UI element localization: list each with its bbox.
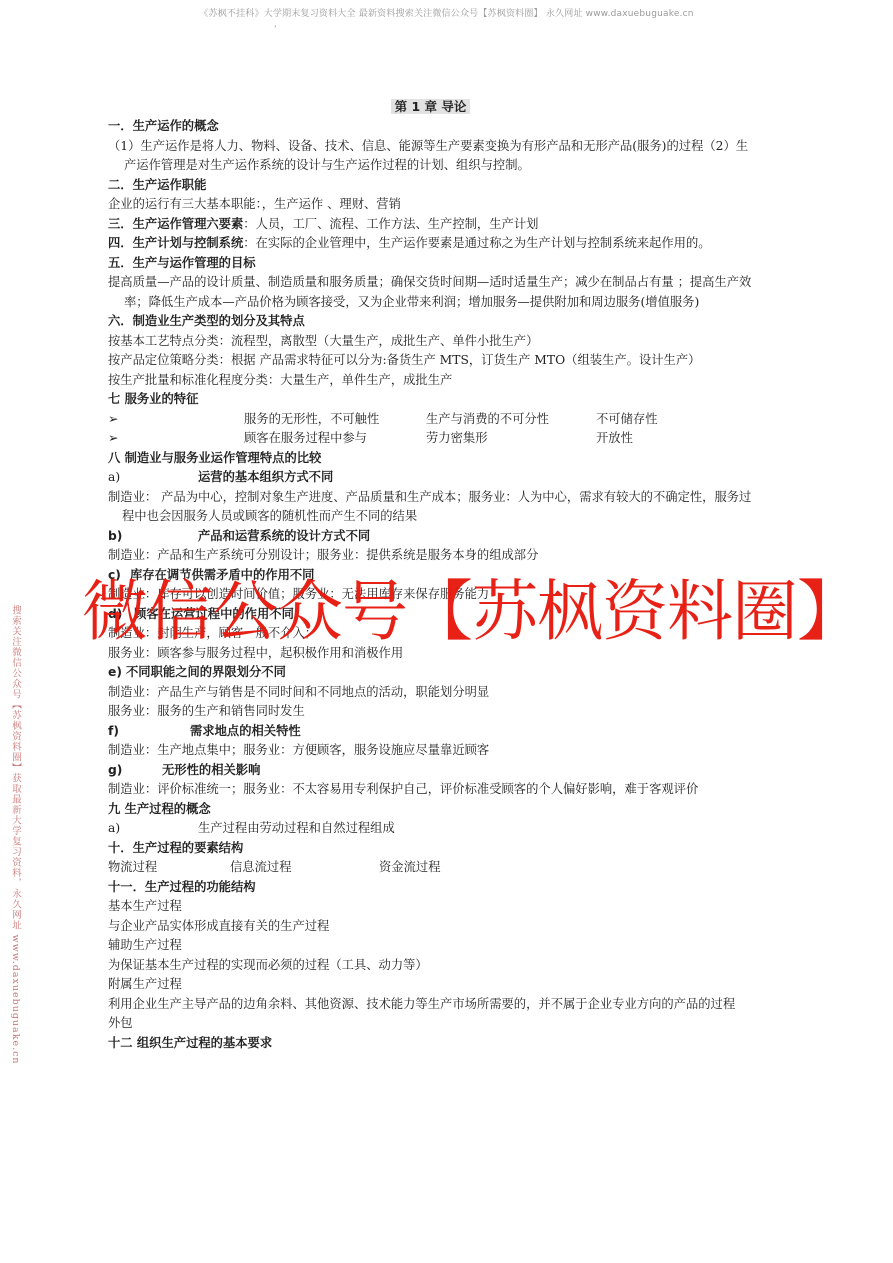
section-text-2: 企业的运行有三大基本职能：，生产运作 、理财、营销 xyxy=(108,195,753,215)
feature-cell: 开放性 xyxy=(596,429,633,449)
section-heading-11: 十一．生产过程的功能结构 xyxy=(108,878,753,898)
section-heading-7: 七 服务业的特征 xyxy=(108,390,753,410)
service-feature-row: ➢ 顾客在服务过程中参与 劳力密集形 开放性 xyxy=(108,429,753,449)
comparison-text: 制造业： 产品为中心，控制对象生产进度、产品质量和生产成本；服务业：人为中心，需… xyxy=(108,488,753,527)
sub-title: 库存在调节供需矛盾中的作用不同 xyxy=(130,566,314,586)
sub-text: 生产过程由劳动过程和自然过程组成 xyxy=(198,819,395,839)
feature-cell: 不可储存性 xyxy=(596,410,658,430)
feature-cell: 顾客在服务过程中参与 xyxy=(244,429,426,449)
section-text-5: 提高质量—产品的设计质量、制造质量和服务质量；确保交货时间期—适时适量生产；减少… xyxy=(108,273,753,312)
section-text-3: ：人员，工厂、流程、工作方法、生产控制，生产计划 xyxy=(243,217,538,231)
arrow-bullet-icon: ➢ xyxy=(108,410,244,430)
element-structure-row: 物流过程信息流过程资金流过程 xyxy=(108,858,753,878)
service-feature-row: ➢ 服务的无形性，不可触性 生产与消费的不可分性 不可储存性 xyxy=(108,410,753,430)
comparison-text: 制造业：库存可以创造时间价值；服务业：无法用库存来保存服务能力 xyxy=(108,585,753,605)
sub-label: f) xyxy=(108,722,190,742)
section-heading-1: 一．生产运作的概念 xyxy=(108,117,753,137)
chapter-title: 第 1 章 导论 xyxy=(108,97,753,117)
section-text-1: （1）生产运作是将人力、物料、设备、技术、信息、能源等生产要素变换为有形产品和无… xyxy=(108,137,753,176)
comparison-text: 服务业：服务的生产和销售同时发生 xyxy=(108,702,753,722)
section-11-line: 与企业产品实体形成直接有关的生产过程 xyxy=(108,917,753,937)
element-item: 信息流过程 xyxy=(230,858,379,878)
section-text-4: ：在实际的企业管理中，生产运作要素是通过称之为生产计划与控制系统来起作用的。 xyxy=(243,236,710,250)
arrow-bullet-icon: ➢ xyxy=(108,429,244,449)
element-item: 物流过程 xyxy=(108,858,230,878)
section-9-item: a) 生产过程由劳动过程和自然过程组成 xyxy=(108,819,753,839)
section-6-line: 按基本工艺特点分类：流程型，离散型（大量生产，成批生产、单件小批生产） xyxy=(108,332,753,352)
chapter-title-text: 第 1 章 导论 xyxy=(391,99,471,114)
sub-label: b) xyxy=(108,527,198,547)
comparison-subheading-b: b) 产品和运营系统的设计方式不同 xyxy=(108,527,753,547)
comparison-subheading-g: g) 无形性的相关影响 xyxy=(108,761,753,781)
section-6-line: 按生产批量和标准化程度分类：大量生产，单件生产，成批生产 xyxy=(108,371,753,391)
comparison-text: 制造业：封闭生产，顾客一般不介入； xyxy=(108,624,753,644)
comparison-subheading-e: e) 不同职能之间的界限划分不同 xyxy=(108,663,753,683)
section-heading-12: 十二 组织生产过程的基本要求 xyxy=(108,1034,753,1054)
sub-title: 产品和运营系统的设计方式不同 xyxy=(198,527,370,547)
sub-label: e) xyxy=(108,663,126,683)
side-watermark: 搜索关注微信公众号【苏枫资料圈】获取最新大学复习资料，永久网址 www.daxu… xyxy=(6,605,22,1045)
section-heading-3: 三．生产运作管理六要素 xyxy=(108,217,243,231)
section-heading-6: 六．制造业生产类型的划分及其特点 xyxy=(108,312,753,332)
feature-cell: 服务的无形性，不可触性 xyxy=(244,410,426,430)
section-4: 四．生产计划与控制系统：在实际的企业管理中，生产运作要素是通过称之为生产计划与控… xyxy=(108,234,753,254)
sub-title: 需求地点的相关特性 xyxy=(190,722,301,742)
comparison-text: 制造业：生产地点集中；服务业：方便顾客，服务设施应尽量靠近顾客 xyxy=(108,741,753,761)
comparison-subheading-d: d) 顾客在运营过程中的作用不同 xyxy=(108,605,753,625)
header-mark: ， xyxy=(274,18,282,29)
comparison-subheading-c: c) 库存在调节供需矛盾中的作用不同 xyxy=(108,566,753,586)
sub-label: g) xyxy=(108,761,162,781)
sub-label: a) xyxy=(108,819,198,839)
comparison-text: 制造业：产品生产与销售是不同时间和不同地点的活动，职能划分明显 xyxy=(108,683,753,703)
section-heading-8: 八 制造业与服务业运作管理特点的比较 xyxy=(108,449,753,469)
comparison-subheading-f: f) 需求地点的相关特性 xyxy=(108,722,753,742)
section-3: 三．生产运作管理六要素：人员，工厂、流程、工作方法、生产控制，生产计划 xyxy=(108,215,753,235)
section-11-line: 为保证基本生产过程的实现而必须的过程（工具、动力等） xyxy=(108,956,753,976)
comparison-text: 制造业：评价标准统一；服务业：不太容易用专利保护自己，评价标准受顾客的个人偏好影… xyxy=(108,780,753,800)
page-header-banner: 《苏枫不挂科》大学期末复习资料大全 最新资料搜索关注微信公众号【苏枫资料圈】 永… xyxy=(0,6,893,19)
feature-cell: 生产与消费的不可分性 xyxy=(426,410,596,430)
section-6-line: 按产品定位策略分类：根据 产品需求特征可以分为:备货生产 MTS，订货生产 MT… xyxy=(108,351,753,371)
section-heading-4: 四．生产计划与控制系统 xyxy=(108,236,243,250)
sub-label: c) xyxy=(108,566,130,586)
section-heading-10: 十．生产过程的要素结构 xyxy=(108,839,753,859)
sub-label: d) xyxy=(108,605,134,625)
section-11-line: 利用企业生产主导产品的边角余料、其他资源、技术能力等生产市场所需要的，并不属于企… xyxy=(108,995,753,1015)
sub-title: 顾客在运营过程中的作用不同 xyxy=(134,605,294,625)
section-11-line: 附属生产过程 xyxy=(108,975,753,995)
sub-title: 运营的基本组织方式不同 xyxy=(198,468,333,488)
section-11-line: 辅助生产过程 xyxy=(108,936,753,956)
feature-cell: 劳力密集形 xyxy=(426,429,596,449)
sub-title: 不同职能之间的界限划分不同 xyxy=(126,663,286,683)
section-11-line: 外包 xyxy=(108,1014,753,1034)
section-heading-2: 二．生产运作职能 xyxy=(108,176,753,196)
element-item: 资金流过程 xyxy=(379,860,441,874)
section-heading-9: 九 生产过程的概念 xyxy=(108,800,753,820)
section-11-line: 基本生产过程 xyxy=(108,897,753,917)
comparison-text: 服务业：顾客参与服务过程中，起积极作用和消极作用 xyxy=(108,644,753,664)
sub-title: 无形性的相关影响 xyxy=(162,761,260,781)
comparison-text: 制造业：产品和生产系统可分别设计；服务业：提供系统是服务本身的组成部分 xyxy=(108,546,753,566)
document-page: 第 1 章 导论 一．生产运作的概念 （1）生产运作是将人力、物料、设备、技术、… xyxy=(108,97,753,1053)
sub-label: a) xyxy=(108,468,198,488)
section-heading-5: 五．生产与运作管理的目标 xyxy=(108,254,753,274)
comparison-subheading-a: a) 运营的基本组织方式不同 xyxy=(108,468,753,488)
